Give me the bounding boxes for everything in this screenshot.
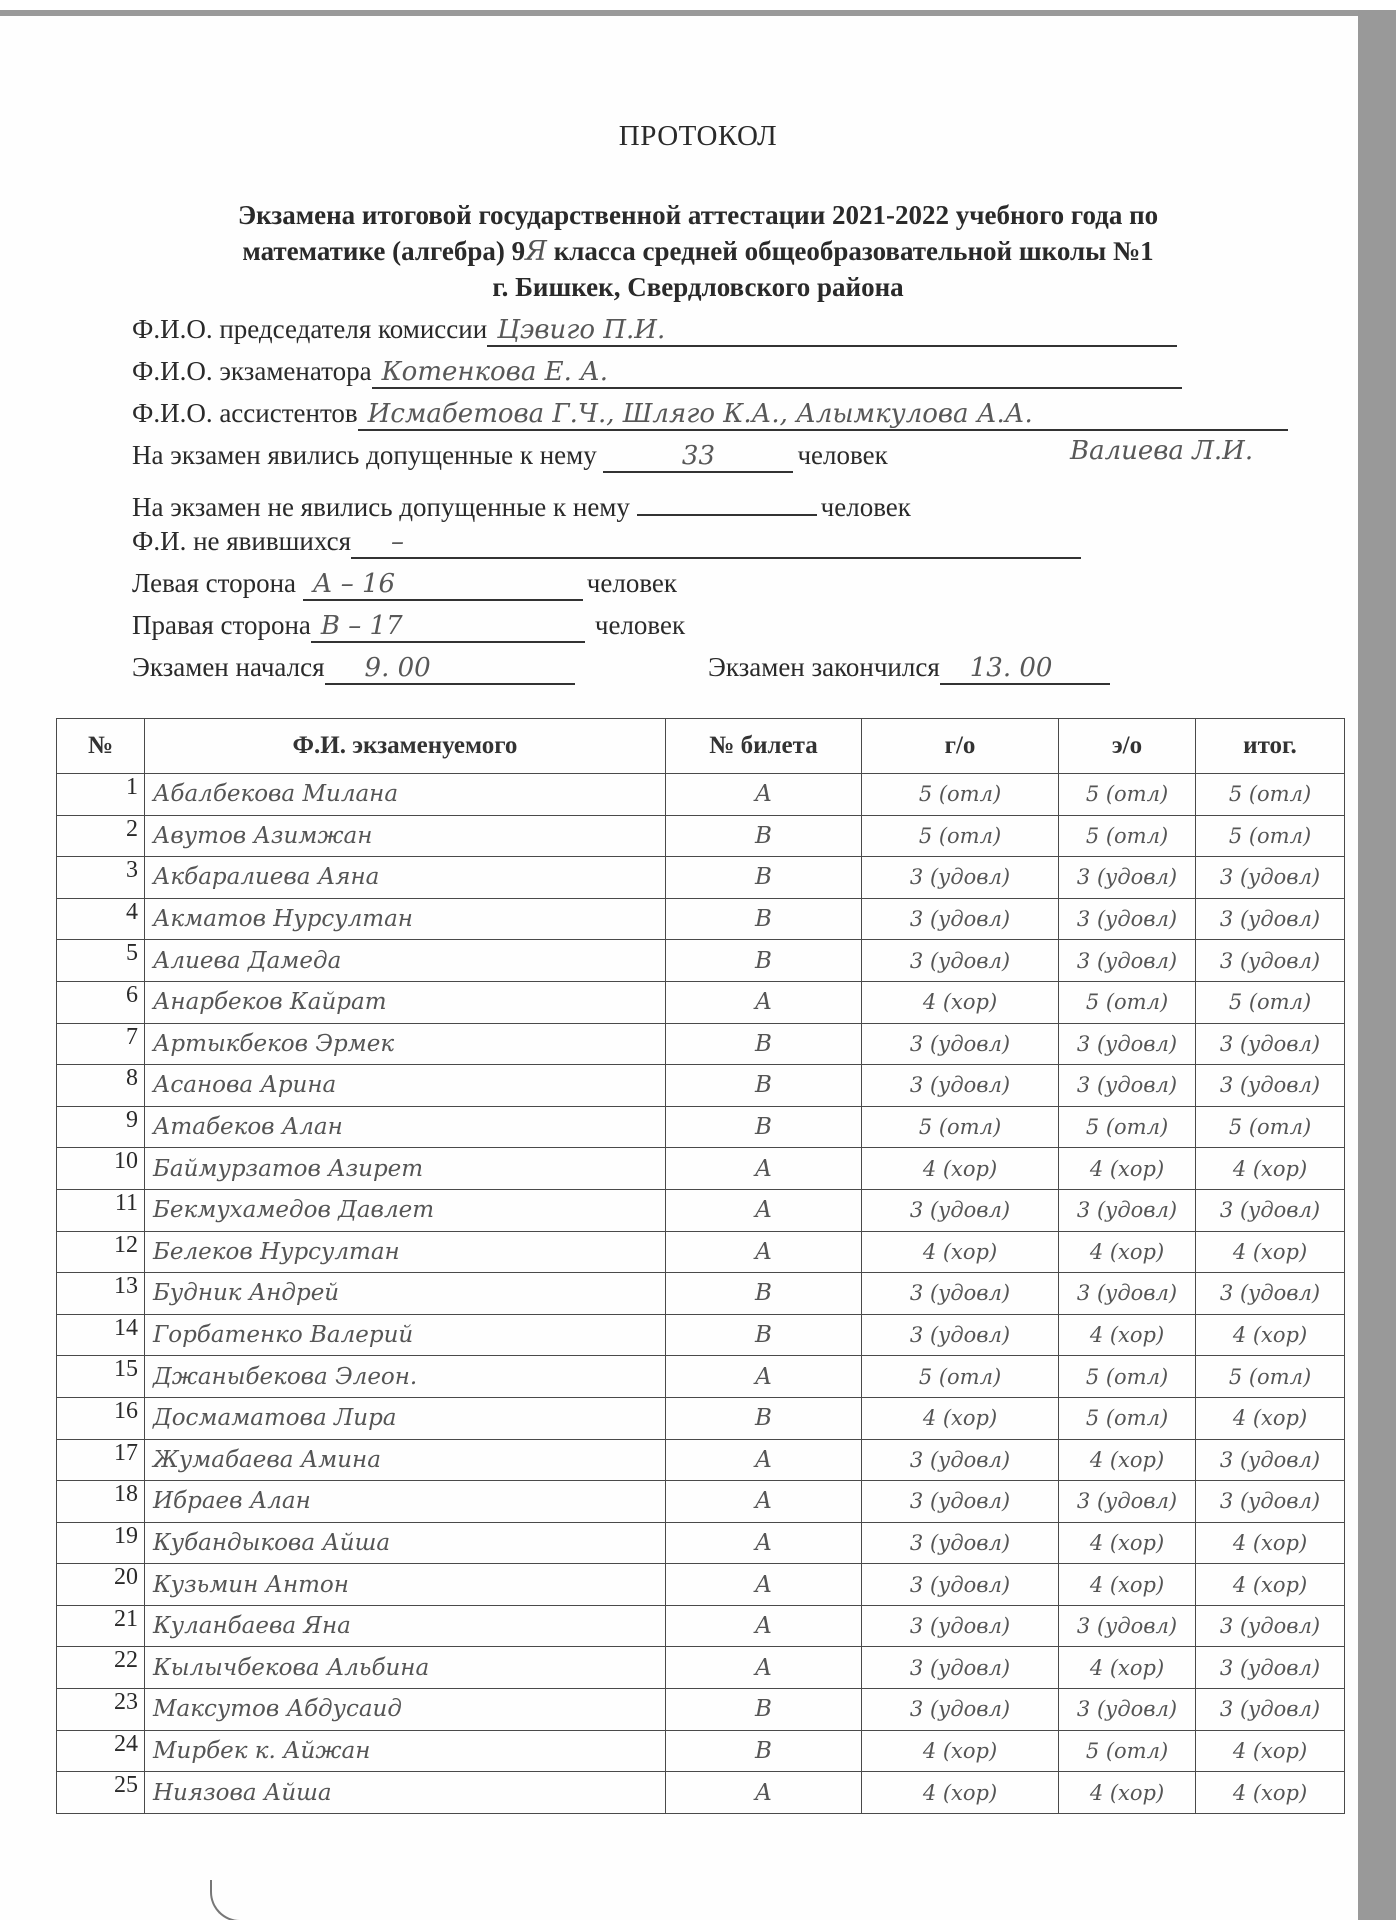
written-grade: 4 (хор) <box>862 1231 1059 1273</box>
row-number: 12 <box>57 1231 145 1273</box>
row-number: 5 <box>57 940 145 982</box>
table-row: 23Максутов АбдусаидВ3 (удовл)3 (удовл)3 … <box>57 1689 1345 1731</box>
total-grade: 3 (удовл) <box>1196 940 1345 982</box>
ticket-number: А <box>666 1647 862 1689</box>
exam-grade: 3 (удовл) <box>1059 898 1196 940</box>
table-row: 6Анарбеков КайратА4 (хор)5 (отл)5 (отл) <box>57 981 1345 1023</box>
total-grade: 3 (удовл) <box>1196 1481 1345 1523</box>
exam-grade: 5 (отл) <box>1059 774 1196 816</box>
header-written-grade: г/о <box>862 719 1059 774</box>
total-grade: 4 (хор) <box>1196 1397 1345 1439</box>
row-number: 14 <box>57 1314 145 1356</box>
class-letter: Я <box>525 236 547 267</box>
exam-grade: 3 (удовл) <box>1059 1689 1196 1731</box>
ticket-number: В <box>666 940 862 982</box>
exam-grade: 3 (удовл) <box>1059 940 1196 982</box>
student-name: Атабеков Алан <box>145 1106 666 1148</box>
table-row: 3Акбаралиева АянаВ3 (удовл)3 (удовл)3 (у… <box>57 857 1345 899</box>
table-row: 12Белеков НурсултанА4 (хор)4 (хор)4 (хор… <box>57 1231 1345 1273</box>
row-number: 20 <box>57 1564 145 1606</box>
row-number: 24 <box>57 1730 145 1772</box>
table-body: 1Абалбекова МиланаА5 (отл)5 (отл)5 (отл)… <box>57 774 1345 1814</box>
exam-grade: 3 (удовл) <box>1059 1273 1196 1315</box>
student-name: Максутов Абдусаид <box>145 1689 666 1731</box>
written-grade: 3 (удовл) <box>862 1189 1059 1231</box>
unit-label: человек <box>797 440 887 470</box>
written-grade: 3 (удовл) <box>862 1481 1059 1523</box>
unit-label: человек <box>587 568 677 598</box>
student-name: Горбатенко Валерий <box>145 1314 666 1356</box>
total-grade: 3 (удовл) <box>1196 857 1345 899</box>
student-name: Абалбекова Милана <box>145 774 666 816</box>
written-grade: 5 (отл) <box>862 815 1059 857</box>
ticket-number: А <box>666 1189 862 1231</box>
student-name: Кузьмин Антон <box>145 1564 666 1606</box>
ticket-number: В <box>666 1730 862 1772</box>
student-name: Авутов Азимжан <box>145 815 666 857</box>
row-number: 22 <box>57 1647 145 1689</box>
row-number: 11 <box>57 1189 145 1231</box>
total-grade: 4 (хор) <box>1196 1314 1345 1356</box>
ticket-number: В <box>666 857 862 899</box>
exam-grade: 3 (удовл) <box>1059 1065 1196 1107</box>
row-number: 25 <box>57 1772 145 1814</box>
ticket-number: В <box>666 1397 862 1439</box>
row-number: 2 <box>57 815 145 857</box>
exam-grade: 4 (хор) <box>1059 1314 1196 1356</box>
exam-grade: 4 (хор) <box>1059 1231 1196 1273</box>
examiner-value[interactable]: Котенкова Е. А. <box>372 357 1182 389</box>
header-exam-grade: э/о <box>1059 719 1196 774</box>
ticket-number: В <box>666 898 862 940</box>
student-name: Белеков Нурсултан <box>145 1231 666 1273</box>
written-grade: 3 (удовл) <box>862 940 1059 982</box>
absent-names-value[interactable]: – <box>351 527 1081 559</box>
assistants-extra-note: Валиева Л.И. <box>1070 436 1253 466</box>
row-number: 8 <box>57 1065 145 1107</box>
exam-grade: 3 (удовл) <box>1059 1189 1196 1231</box>
total-grade: 4 (хор) <box>1196 1522 1345 1564</box>
total-grade: 3 (удовл) <box>1196 1023 1345 1065</box>
field-absent-names: Ф.И. не явившихся– <box>132 526 1081 559</box>
student-name: Ниязова Айша <box>145 1772 666 1814</box>
field-label: Ф.И. не явившихся <box>132 526 351 556</box>
row-number: 23 <box>57 1689 145 1731</box>
table-row: 20Кузьмин АнтонА3 (удовл)4 (хор)4 (хор) <box>57 1564 1345 1606</box>
student-name: Анарбеков Кайрат <box>145 981 666 1023</box>
field-not-attended: На экзамен не явились допущенные к нему … <box>132 484 911 523</box>
ticket-number: В <box>666 1689 862 1731</box>
not-attended-value[interactable] <box>637 484 817 516</box>
written-grade: 3 (удовл) <box>862 1564 1059 1606</box>
student-name: Асанова Арина <box>145 1065 666 1107</box>
field-label: Экзамен закончился <box>708 652 940 682</box>
ticket-number: В <box>666 1273 862 1315</box>
ticket-number: А <box>666 1231 862 1273</box>
student-name: Мирбек к. Айжан <box>145 1730 666 1772</box>
table-row: 16Досмаматова ЛираВ4 (хор)5 (отл)4 (хор) <box>57 1397 1345 1439</box>
written-grade: 3 (удовл) <box>862 1065 1059 1107</box>
table-row: 7Артыкбеков ЭрмекВ3 (удовл)3 (удовл)3 (у… <box>57 1023 1345 1065</box>
ticket-number: А <box>666 981 862 1023</box>
written-grade: 5 (отл) <box>862 774 1059 816</box>
total-grade: 4 (хор) <box>1196 1148 1345 1190</box>
field-chairman: Ф.И.О. председателя комиссииЦэвиго П.И. <box>132 314 1177 347</box>
total-grade: 3 (удовл) <box>1196 1273 1345 1315</box>
table-row: 2Авутов АзимжанВ5 (отл)5 (отл)5 (отл) <box>57 815 1345 857</box>
heading-subject: математике (алгебра) 9 <box>242 236 525 266</box>
written-grade: 5 (отл) <box>862 1356 1059 1398</box>
written-grade: 3 (удовл) <box>862 1314 1059 1356</box>
written-grade: 3 (удовл) <box>862 857 1059 899</box>
row-number: 7 <box>57 1023 145 1065</box>
exam-grade: 5 (отл) <box>1059 815 1196 857</box>
ticket-number: А <box>666 1564 862 1606</box>
row-number: 18 <box>57 1481 145 1523</box>
table-row: 11Бекмухамедов ДавлетА3 (удовл)3 (удовл)… <box>57 1189 1345 1231</box>
row-number: 19 <box>57 1522 145 1564</box>
total-grade: 4 (хор) <box>1196 1231 1345 1273</box>
ticket-number: А <box>666 1481 862 1523</box>
exam-grade: 3 (удовл) <box>1059 1605 1196 1647</box>
table-header-row: № Ф.И. экзаменуемого № билета г/о э/о ит… <box>57 719 1345 774</box>
student-name: Акматов Нурсултан <box>145 898 666 940</box>
total-grade: 4 (хор) <box>1196 1730 1345 1772</box>
total-grade: 5 (отл) <box>1196 1356 1345 1398</box>
written-grade: 3 (удовл) <box>862 1023 1059 1065</box>
total-grade: 3 (удовл) <box>1196 1065 1345 1107</box>
table-row: 19Кубандыкова АйшаА3 (удовл)4 (хор)4 (хо… <box>57 1522 1345 1564</box>
total-grade: 3 (удовл) <box>1196 1439 1345 1481</box>
student-name: Артыкбеков Эрмек <box>145 1023 666 1065</box>
right-side-value[interactable]: В – 17 <box>311 611 585 643</box>
written-grade: 3 (удовл) <box>862 898 1059 940</box>
student-name: Жумабаева Амина <box>145 1439 666 1481</box>
exam-grade: 4 (хор) <box>1059 1564 1196 1606</box>
heading-line-2: математике (алгебра) 9Я класса средней о… <box>0 236 1396 267</box>
ticket-number: А <box>666 1605 862 1647</box>
written-grade: 4 (хор) <box>862 1772 1059 1814</box>
row-number: 10 <box>57 1148 145 1190</box>
ticket-number: А <box>666 1356 862 1398</box>
field-label: На экзамен явились допущенные к нему <box>132 440 597 470</box>
field-attended: На экзамен явились допущенные к нему 33ч… <box>132 440 888 473</box>
student-name: Алиева Дамеда <box>145 940 666 982</box>
heading-school: класса средней общеобразовательной школы… <box>547 236 1154 266</box>
table-row: 1Абалбекова МиланаА5 (отл)5 (отл)5 (отл) <box>57 774 1345 816</box>
total-grade: 5 (отл) <box>1196 1106 1345 1148</box>
written-grade: 3 (удовл) <box>862 1647 1059 1689</box>
student-name: Акбаралиева Аяна <box>145 857 666 899</box>
ticket-number: А <box>666 774 862 816</box>
written-grade: 4 (хор) <box>862 1730 1059 1772</box>
field-exam-start: Экзамен начался9. 00 <box>132 652 575 685</box>
exam-grade: 5 (отл) <box>1059 1106 1196 1148</box>
unit-label: человек <box>595 610 685 640</box>
header-name: Ф.И. экзаменуемого <box>145 719 666 774</box>
results-table: № Ф.И. экзаменуемого № билета г/о э/о ит… <box>56 718 1345 1814</box>
row-number: 17 <box>57 1439 145 1481</box>
written-grade: 3 (удовл) <box>862 1605 1059 1647</box>
table-row: 21Куланбаева ЯнаА3 (удовл)3 (удовл)3 (уд… <box>57 1605 1345 1647</box>
total-grade: 3 (удовл) <box>1196 898 1345 940</box>
table-row: 8Асанова АринаВ3 (удовл)3 (удовл)3 (удов… <box>57 1065 1345 1107</box>
document-title: ПРОТОКОЛ <box>0 120 1396 153</box>
student-name: Баймурзатов Азирет <box>145 1148 666 1190</box>
header-ticket: № билета <box>666 719 862 774</box>
exam-end-value[interactable]: 13. 00 <box>940 653 1110 685</box>
ticket-number: А <box>666 1439 862 1481</box>
ticket-number: А <box>666 1772 862 1814</box>
student-name: Куланбаева Яна <box>145 1605 666 1647</box>
exam-grade: 4 (хор) <box>1059 1439 1196 1481</box>
exam-grade: 5 (отл) <box>1059 1397 1196 1439</box>
field-right-side: Правая сторонаВ – 17человек <box>132 610 685 643</box>
total-grade: 4 (хор) <box>1196 1772 1345 1814</box>
written-grade: 3 (удовл) <box>862 1439 1059 1481</box>
written-grade: 4 (хор) <box>862 1148 1059 1190</box>
field-label: Левая сторона <box>132 568 296 598</box>
exam-grade: 3 (удовл) <box>1059 1481 1196 1523</box>
table-row: 5Алиева ДамедаВ3 (удовл)3 (удовл)3 (удов… <box>57 940 1345 982</box>
student-name: Ибраев Алан <box>145 1481 666 1523</box>
written-grade: 5 (отл) <box>862 1106 1059 1148</box>
table-row: 17Жумабаева АминаА3 (удовл)4 (хор)3 (удо… <box>57 1439 1345 1481</box>
field-label: На экзамен не явились допущенные к нему <box>132 492 630 522</box>
exam-grade: 3 (удовл) <box>1059 857 1196 899</box>
heading-line-3: г. Бишкек, Свердловского района <box>0 272 1396 303</box>
student-name: Бекмухамедов Давлет <box>145 1189 666 1231</box>
ticket-number: В <box>666 1314 862 1356</box>
exam-grade: 5 (отл) <box>1059 1730 1196 1772</box>
field-exam-end: Экзамен закончился13. 00 <box>708 652 1110 685</box>
row-number: 6 <box>57 981 145 1023</box>
header-number: № <box>57 719 145 774</box>
total-grade: 3 (удовл) <box>1196 1189 1345 1231</box>
heading-line-1: Экзамена итоговой государственной аттест… <box>0 200 1396 231</box>
table-row: 9Атабеков АланВ5 (отл)5 (отл)5 (отл) <box>57 1106 1345 1148</box>
exam-grade: 4 (хор) <box>1059 1148 1196 1190</box>
table-row: 14Горбатенко ВалерийВ3 (удовл)4 (хор)4 (… <box>57 1314 1345 1356</box>
field-assistants: Ф.И.О. ассистентовИсмабетова Г.Ч., Шляго… <box>132 398 1288 431</box>
row-number: 21 <box>57 1605 145 1647</box>
row-number: 1 <box>57 774 145 816</box>
field-label: Правая сторона <box>132 610 311 640</box>
table-row: 15Джаныбекова Элеон.А5 (отл)5 (отл)5 (от… <box>57 1356 1345 1398</box>
field-left-side: Левая сторона А – 16человек <box>132 568 677 601</box>
exam-grade: 4 (хор) <box>1059 1772 1196 1814</box>
total-grade: 3 (удовл) <box>1196 1689 1345 1731</box>
field-label: Ф.И.О. ассистентов <box>132 398 358 428</box>
written-grade: 4 (хор) <box>862 981 1059 1023</box>
row-number: 9 <box>57 1106 145 1148</box>
field-examiner: Ф.И.О. экзаменатораКотенкова Е. А. <box>132 356 1182 389</box>
row-number: 4 <box>57 898 145 940</box>
written-grade: 3 (удовл) <box>862 1273 1059 1315</box>
total-grade: 4 (хор) <box>1196 1564 1345 1606</box>
field-label: Ф.И.О. экзаменатора <box>132 356 372 386</box>
total-grade: 3 (удовл) <box>1196 1647 1345 1689</box>
table-row: 13Будник АндрейВ3 (удовл)3 (удовл)3 (удо… <box>57 1273 1345 1315</box>
exam-grade: 4 (хор) <box>1059 1522 1196 1564</box>
chairman-value[interactable]: Цэвиго П.И. <box>487 315 1177 347</box>
written-grade: 4 (хор) <box>862 1397 1059 1439</box>
attended-value[interactable]: 33 <box>603 441 793 473</box>
written-grade: 3 (удовл) <box>862 1689 1059 1731</box>
header-total-grade: итог. <box>1196 719 1345 774</box>
student-name: Кубандыкова Айша <box>145 1522 666 1564</box>
table-row: 24Мирбек к. АйжанВ4 (хор)5 (отл)4 (хор) <box>57 1730 1345 1772</box>
exam-grade: 3 (удовл) <box>1059 1023 1196 1065</box>
unit-label: человек <box>821 492 911 522</box>
ticket-number: В <box>666 815 862 857</box>
row-number: 3 <box>57 857 145 899</box>
assistants-value[interactable]: Исмабетова Г.Ч., Шляго К.А., Алымкулова … <box>358 399 1288 431</box>
row-number: 16 <box>57 1397 145 1439</box>
ticket-number: А <box>666 1522 862 1564</box>
exam-start-value[interactable]: 9. 00 <box>325 653 575 685</box>
student-name: Досмаматова Лира <box>145 1397 666 1439</box>
exam-grade: 4 (хор) <box>1059 1647 1196 1689</box>
table-row: 4Акматов НурсултанВ3 (удовл)3 (удовл)3 (… <box>57 898 1345 940</box>
ticket-number: А <box>666 1148 862 1190</box>
table-row: 22Кылычбекова АльбинаА3 (удовл)4 (хор)3 … <box>57 1647 1345 1689</box>
total-grade: 5 (отл) <box>1196 815 1345 857</box>
table-row: 25Ниязова АйшаА4 (хор)4 (хор)4 (хор) <box>57 1772 1345 1814</box>
ticket-number: В <box>666 1065 862 1107</box>
exam-grade: 5 (отл) <box>1059 1356 1196 1398</box>
student-name: Кылычбекова Альбина <box>145 1647 666 1689</box>
table-row: 18Ибраев АланА3 (удовл)3 (удовл)3 (удовл… <box>57 1481 1345 1523</box>
written-grade: 3 (удовл) <box>862 1522 1059 1564</box>
left-side-value[interactable]: А – 16 <box>303 569 583 601</box>
student-name: Будник Андрей <box>145 1273 666 1315</box>
student-name: Джаныбекова Элеон. <box>145 1356 666 1398</box>
ticket-number: В <box>666 1023 862 1065</box>
table-row: 10Баймурзатов АзиретА4 (хор)4 (хор)4 (хо… <box>57 1148 1345 1190</box>
field-label: Экзамен начался <box>132 652 325 682</box>
ticket-number: В <box>666 1106 862 1148</box>
total-grade: 3 (удовл) <box>1196 1605 1345 1647</box>
total-grade: 5 (отл) <box>1196 981 1345 1023</box>
row-number: 15 <box>57 1356 145 1398</box>
row-number: 13 <box>57 1273 145 1315</box>
exam-grade: 5 (отл) <box>1059 981 1196 1023</box>
total-grade: 5 (отл) <box>1196 774 1345 816</box>
field-label: Ф.И.О. председателя комиссии <box>132 314 487 344</box>
